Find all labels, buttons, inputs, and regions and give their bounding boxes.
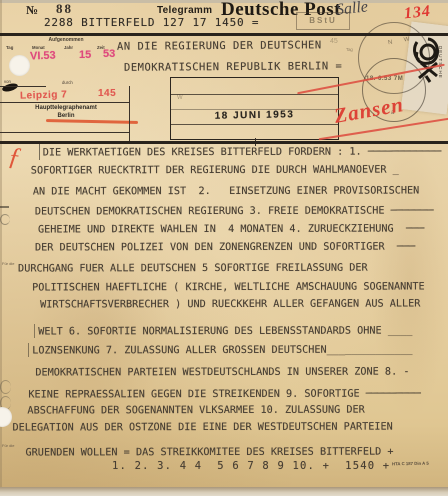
telegram-line: GEHEIME UND DIREKTE WAHLEN IN 4 MONATEN … xyxy=(38,223,424,235)
telegram-line: DEUTSCHEN DEMOKRATISCHEN REGIERUNG 3. FR… xyxy=(35,205,434,217)
telegram-line: KEINE REPRAESSALIEN GEGEN DIE STREIKENDE… xyxy=(28,388,421,400)
telegram-body: DIE WERKTAETIGEN DES KREISES BITTERFELD … xyxy=(0,0,448,496)
telegram-line: DER DEUTSCHEN POLIZEI VON DEN ZONENGRENZ… xyxy=(35,241,415,253)
telegram-line: SOFORTIGER RUECKTRITT DER REGIERUNG DIE … xyxy=(31,165,399,177)
telegram-line: DEMOKRATISCHEN PARTEIEN WESTDEUTSCHLANDS… xyxy=(35,367,409,379)
telegram-line: WIRTSCHAFTSVERBRECHER ) UND RUECKKEHR AL… xyxy=(40,298,420,310)
telegram-line: DIE WERKTAETIGEN DES KREISES BITTERFELD … xyxy=(43,146,442,158)
telegram-line: GRUENDEN WOLLEN = DAS STREIKKOMITEE DES … xyxy=(26,447,394,459)
telegram-line: LOZNSENKUNG 7. ZULASSUNG ALLER GROSSEN D… xyxy=(32,345,412,357)
telegram-line: WELT 6. SOFORTIE NORMALISIERUNG DES LEBE… xyxy=(38,326,412,338)
telegram-line: POLITISCHEN HAEFTLICHE ( KIRCHE, WELTLIC… xyxy=(32,281,425,293)
check-numbers-line: 1. 2. 3. 4 4 5 6 7 8 9 10. + 1540 + xyxy=(112,460,390,472)
telegram-line: DURCHGANG FUER ALLE DEUTSCHEN 5 SOFORTIG… xyxy=(18,263,368,275)
telegram-document: № 88 Telegramm Deutsche Post 2288 BITTER… xyxy=(0,0,448,496)
telegram-line: AN DIE MACHT GEKOMMEN IST 2. EINSETZUNG … xyxy=(33,185,419,197)
telegram-line: DELEGATION AUS DER OSTZONE DIE EINE DER … xyxy=(12,422,392,434)
telegram-line: ABSCHAFFUNG DER SOGENANNTEN VLKSARMEE 10… xyxy=(27,405,364,417)
form-footer-print: HTA C 187 Din A 5 xyxy=(392,461,429,467)
